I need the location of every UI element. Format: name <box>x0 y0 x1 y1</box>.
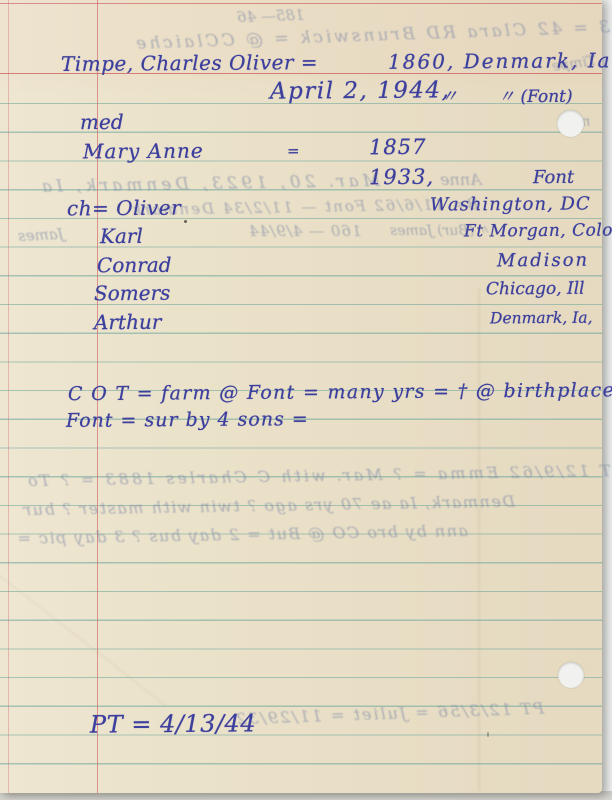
red-rule-top <box>0 3 602 4</box>
handwritten-line: Font <box>533 167 574 188</box>
mirrored-text: 185— 46 <box>237 6 305 26</box>
red-margin-line-edge <box>8 0 9 793</box>
scanned-page: 185— 461883 = 42 Clara RD Brunswick = @ … <box>0 0 612 800</box>
handwritten-line: Font = sur by 4 sons = <box>66 408 309 432</box>
handwritten-line: Mary Anne <box>83 139 204 164</box>
handwritten-line: 1857 <box>369 135 427 159</box>
handwritten-line: April 2, 1944, <box>270 77 451 104</box>
mirrored-text: James <box>18 225 65 245</box>
punch-hole-top <box>557 110 584 137</box>
handwritten-line: = <box>287 142 300 160</box>
dust-speck <box>487 732 489 737</box>
handwritten-line: Karl <box>100 224 143 248</box>
handwritten-line: Conrad <box>97 253 172 278</box>
handwritten-line: PT = 4/13/44 <box>90 709 256 738</box>
handwritten-line: 〃 <box>441 82 458 107</box>
punch-hole-bottom <box>558 662 584 688</box>
mirrored-text: 160 — 4/9/44 <box>248 222 361 240</box>
paper: 185— 461883 = 42 Clara RD Brunswick = @ … <box>0 0 602 793</box>
handwritten-line: 1860, Denmark, Ia <box>388 48 612 74</box>
handwritten-line: Timpe, Charles Oliver = <box>61 50 318 76</box>
handwritten-line: Somers <box>94 281 171 306</box>
handwritten-line: Ft Morgan, Colo <box>464 220 612 241</box>
handwritten-line: Denmark, Ia, <box>490 309 593 328</box>
handwritten-line: ch= Oliver <box>67 196 181 221</box>
handwritten-line: 1933, <box>369 165 434 189</box>
mirrored-text: Anne <box>440 170 482 189</box>
bleed-through-line: James <box>18 225 65 245</box>
bleed-through-line: 185— 46 <box>237 6 305 26</box>
handwritten-line: Chicago, Ill <box>486 279 585 300</box>
handwritten-line: Madison <box>497 250 589 272</box>
bleed-through-line: Anne <box>440 170 482 189</box>
handwritten-line: 〃 (Font) <box>498 82 573 108</box>
bleed-through-line: 160 — 4/9/44 <box>248 222 361 240</box>
handwritten-line: Washington, DC <box>430 193 591 215</box>
handwritten-line: med <box>80 110 124 134</box>
handwritten-line: C O T = farm @ Font = many yrs = † @ bir… <box>68 379 612 405</box>
dust-speck <box>184 220 187 223</box>
handwritten-line: Arthur <box>94 310 162 334</box>
